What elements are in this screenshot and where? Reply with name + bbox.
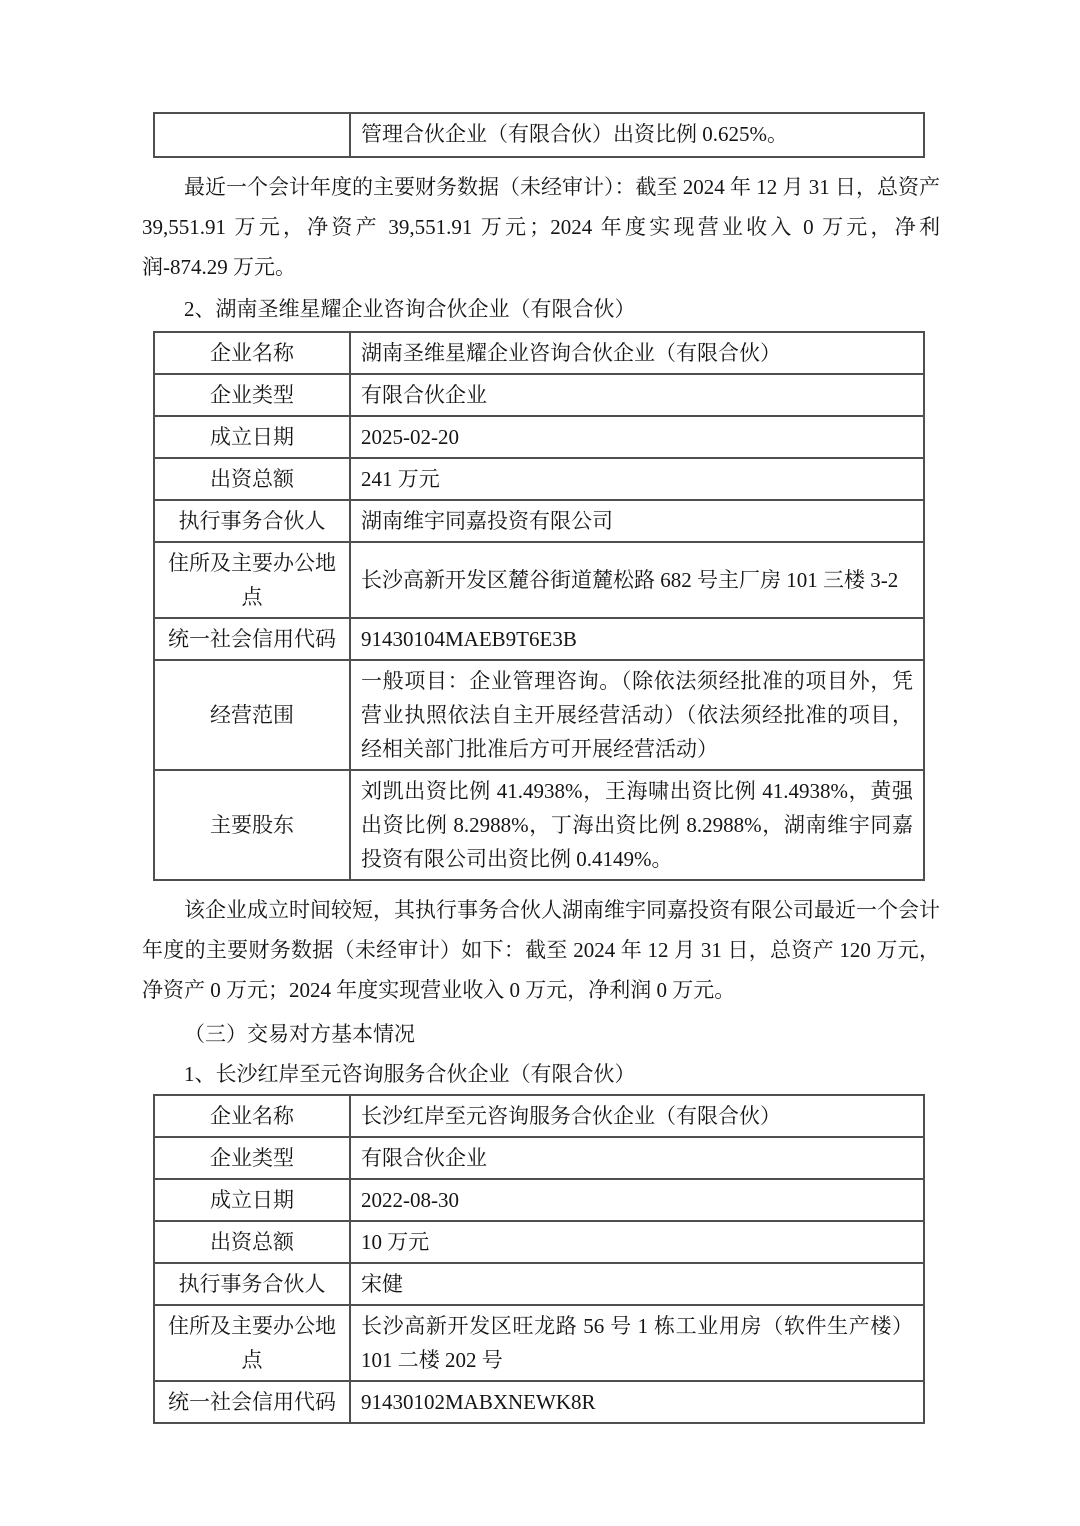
table-row: 出资总额 10 万元 xyxy=(154,1221,924,1263)
field-label: 企业类型 xyxy=(154,374,350,416)
field-value: 241 万元 xyxy=(350,458,924,500)
document-page: 管理合伙企业（有限合伙）出资比例 0.625%。 最近一个会计年度的主要财务数据… xyxy=(0,0,1080,1526)
field-label: 主要股东 xyxy=(154,770,350,880)
financial-summary-paragraph: 最近一个会计年度的主要财务数据（未经审计）：截至 2024 年 12 月 31 … xyxy=(142,167,940,287)
field-value: 91430102MABXNEWK8R xyxy=(350,1381,924,1423)
table-row: 企业名称 长沙红岸至元咨询服务合伙企业（有限合伙） xyxy=(154,1095,924,1137)
table-row: 企业名称 湖南圣维星耀企业咨询合伙企业（有限合伙） xyxy=(154,332,924,374)
table-row: 住所及主要办公地点 长沙高新开发区麓谷街道麓松路 682 号主厂房 101 三楼… xyxy=(154,542,924,618)
field-value: 长沙红岸至元咨询服务合伙企业（有限合伙） xyxy=(350,1095,924,1137)
item-heading-hongan: 1、长沙红岸至元咨询服务合伙企业（有限合伙） xyxy=(142,1057,940,1091)
field-label: 住所及主要办公地点 xyxy=(154,542,350,618)
field-value: 湖南维宇同嘉投资有限公司 xyxy=(350,500,924,542)
field-value: 宋健 xyxy=(350,1263,924,1305)
table-row: 统一社会信用代码 91430102MABXNEWK8R xyxy=(154,1381,924,1423)
company-table-shengwei: 企业名称 湖南圣维星耀企业咨询合伙企业（有限合伙） 企业类型 有限合伙企业 成立… xyxy=(153,331,925,881)
company-table-hongan: 企业名称 长沙红岸至元咨询服务合伙企业（有限合伙） 企业类型 有限合伙企业 成立… xyxy=(153,1094,925,1424)
field-value: 有限合伙企业 xyxy=(350,1137,924,1179)
table-row: 主要股东 刘凯出资比例 41.4938%，王海啸出资比例 41.4938%，黄强… xyxy=(154,770,924,880)
field-value: 10 万元 xyxy=(350,1221,924,1263)
table-row: 出资总额 241 万元 xyxy=(154,458,924,500)
field-label: 住所及主要办公地点 xyxy=(154,1305,350,1381)
field-label: 执行事务合伙人 xyxy=(154,1263,350,1305)
field-label: 统一社会信用代码 xyxy=(154,1381,350,1423)
field-label: 企业类型 xyxy=(154,1137,350,1179)
table-row: 执行事务合伙人 湖南维宇同嘉投资有限公司 xyxy=(154,500,924,542)
field-value: 一般项目：企业管理咨询。（除依法须经批准的项目外，凭营业执照依法自主开展经营活动… xyxy=(350,660,924,770)
table-row: 经营范围 一般项目：企业管理咨询。（除依法须经批准的项目外，凭营业执照依法自主开… xyxy=(154,660,924,770)
partner-financial-paragraph: 该企业成立时间较短，其执行事务合伙人湖南维宇同嘉投资有限公司最近一个会计年度的主… xyxy=(142,890,940,1010)
table-row: 统一社会信用代码 91430104MAEB9T6E3B xyxy=(154,618,924,660)
field-value: 2022-08-30 xyxy=(350,1179,924,1221)
field-value: 2025-02-20 xyxy=(350,416,924,458)
field-value: 刘凯出资比例 41.4938%，王海啸出资比例 41.4938%，黄强出资比例 … xyxy=(350,770,924,880)
table-row: 管理合伙企业（有限合伙）出资比例 0.625%。 xyxy=(154,113,924,157)
section-heading-counterparty: （三）交易对方基本情况 xyxy=(142,1017,940,1051)
field-label: 出资总额 xyxy=(154,458,350,500)
table-row: 企业类型 有限合伙企业 xyxy=(154,374,924,416)
carryover-table: 管理合伙企业（有限合伙）出资比例 0.625%。 xyxy=(153,112,925,158)
field-label: 经营范围 xyxy=(154,660,350,770)
table-row: 成立日期 2025-02-20 xyxy=(154,416,924,458)
field-value: 湖南圣维星耀企业咨询合伙企业（有限合伙） xyxy=(350,332,924,374)
table-row: 住所及主要办公地点 长沙高新开发区旺龙路 56 号 1 栋工业用房（软件生产楼）… xyxy=(154,1305,924,1381)
field-label: 统一社会信用代码 xyxy=(154,618,350,660)
field-label: 成立日期 xyxy=(154,1179,350,1221)
field-value: 91430104MAEB9T6E3B xyxy=(350,618,924,660)
table-row: 企业类型 有限合伙企业 xyxy=(154,1137,924,1179)
section-heading-shengwei: 2、湖南圣维星耀企业咨询合伙企业（有限合伙） xyxy=(142,290,940,328)
field-label: 企业名称 xyxy=(154,332,350,374)
table-row: 执行事务合伙人 宋健 xyxy=(154,1263,924,1305)
field-value: 长沙高新开发区旺龙路 56 号 1 栋工业用房（软件生产楼）101 二楼 202… xyxy=(350,1305,924,1381)
table-row: 成立日期 2022-08-30 xyxy=(154,1179,924,1221)
field-label: 出资总额 xyxy=(154,1221,350,1263)
field-label: 成立日期 xyxy=(154,416,350,458)
field-value: 有限合伙企业 xyxy=(350,374,924,416)
field-label: 执行事务合伙人 xyxy=(154,500,350,542)
field-value: 管理合伙企业（有限合伙）出资比例 0.625%。 xyxy=(350,113,924,157)
field-label xyxy=(154,113,350,157)
field-label: 企业名称 xyxy=(154,1095,350,1137)
field-value: 长沙高新开发区麓谷街道麓松路 682 号主厂房 101 三楼 3-2 xyxy=(350,542,924,618)
